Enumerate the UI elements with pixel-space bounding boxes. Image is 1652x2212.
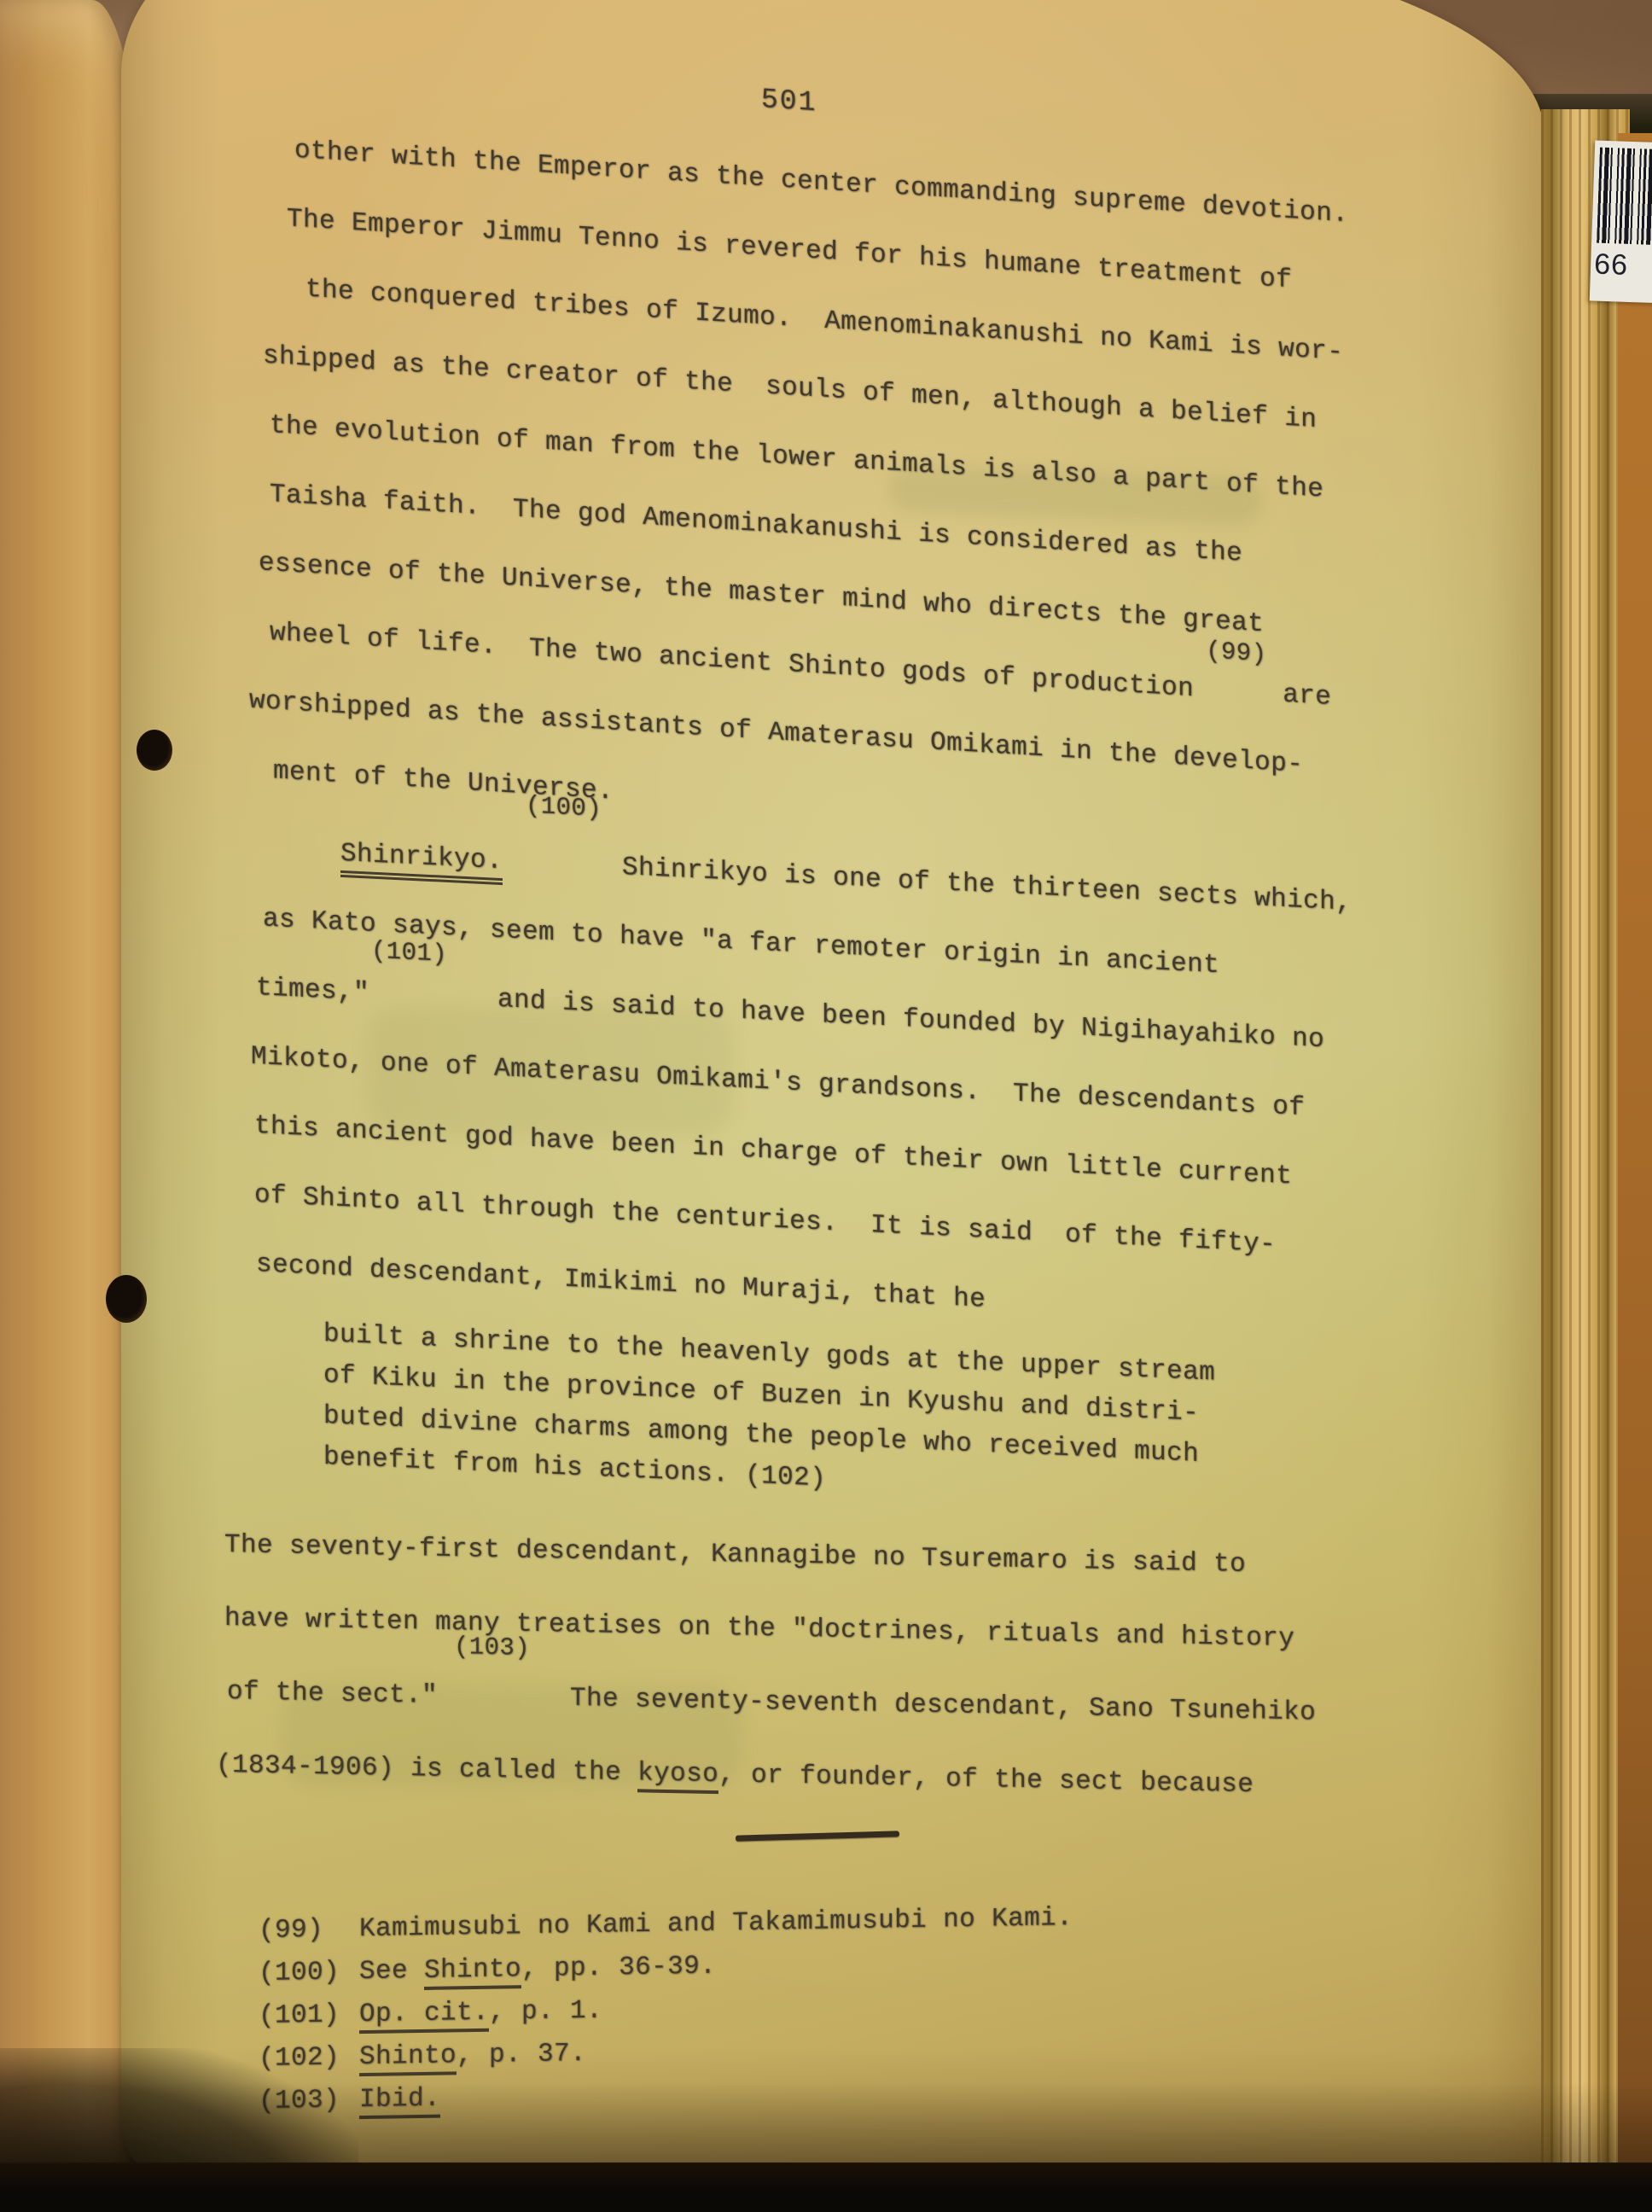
barcode [1597, 148, 1652, 246]
footnote-number: (99) [259, 1908, 359, 1953]
typed-gap [369, 1000, 497, 1006]
line-text: of the sect." [227, 1677, 438, 1711]
barcode-sticker: 66 [1590, 140, 1652, 303]
footnote-text: , p. 1. [489, 1996, 602, 2028]
line-text: (1834-1906) is called the [216, 1750, 637, 1788]
line-text: , or founder, of the sect because [718, 1760, 1254, 1800]
footnote-marker-101: (101) [371, 937, 447, 969]
footnote-marker-103: (103) [454, 1633, 530, 1663]
footnote-text: Kamimusubi no Kami and Takamimusubi no K… [359, 1903, 1073, 1944]
footnote-text: , p. 37. [457, 2039, 586, 2070]
typed-gap [1194, 696, 1283, 701]
punch-hole [106, 1275, 147, 1323]
line-text: times," [256, 973, 369, 1009]
photographed-typescript-page: 66 501 other with the Emperor as the cen… [0, 0, 1652, 2212]
underlined-term: kyoso [637, 1758, 718, 1794]
punch-hole [137, 730, 172, 771]
footnote-text: , pp. 36-39. [521, 1952, 716, 1985]
underlined-title: Shinto [359, 2040, 457, 2076]
closing-paragraph: The seventy-first descendant, Kannagibe … [224, 1509, 1316, 1824]
typed-gap [503, 868, 622, 874]
paragraph-1: other with the Emperor as the center com… [256, 114, 1348, 871]
bottom-dark-strip [0, 2163, 1652, 2212]
footnote-number: (100) [259, 1951, 359, 1995]
underlined-title: Shinto [424, 1954, 521, 1990]
footnote-marker-100: (100) [526, 791, 602, 824]
book-cover-edge [1618, 133, 1652, 2174]
shinrikyo-section: (100) Shinrikyo.Shinrikyo is one of the … [256, 815, 1352, 1353]
line-text: The seventy-seventh descendant, Sano Tsu… [570, 1684, 1316, 1728]
section-heading: Shinrikyo. [340, 839, 503, 885]
page-number: 501 [761, 84, 817, 119]
footnote-text: See [359, 1956, 424, 1987]
line-text: are [1283, 680, 1331, 713]
footnote-number: (101) [259, 1994, 359, 2038]
page-stack-fore-edge [1541, 109, 1630, 2174]
barcode-number: 66 [1594, 248, 1629, 282]
typed-gap [438, 1703, 570, 1705]
underlined-title: Op. cit. [359, 1998, 489, 2034]
